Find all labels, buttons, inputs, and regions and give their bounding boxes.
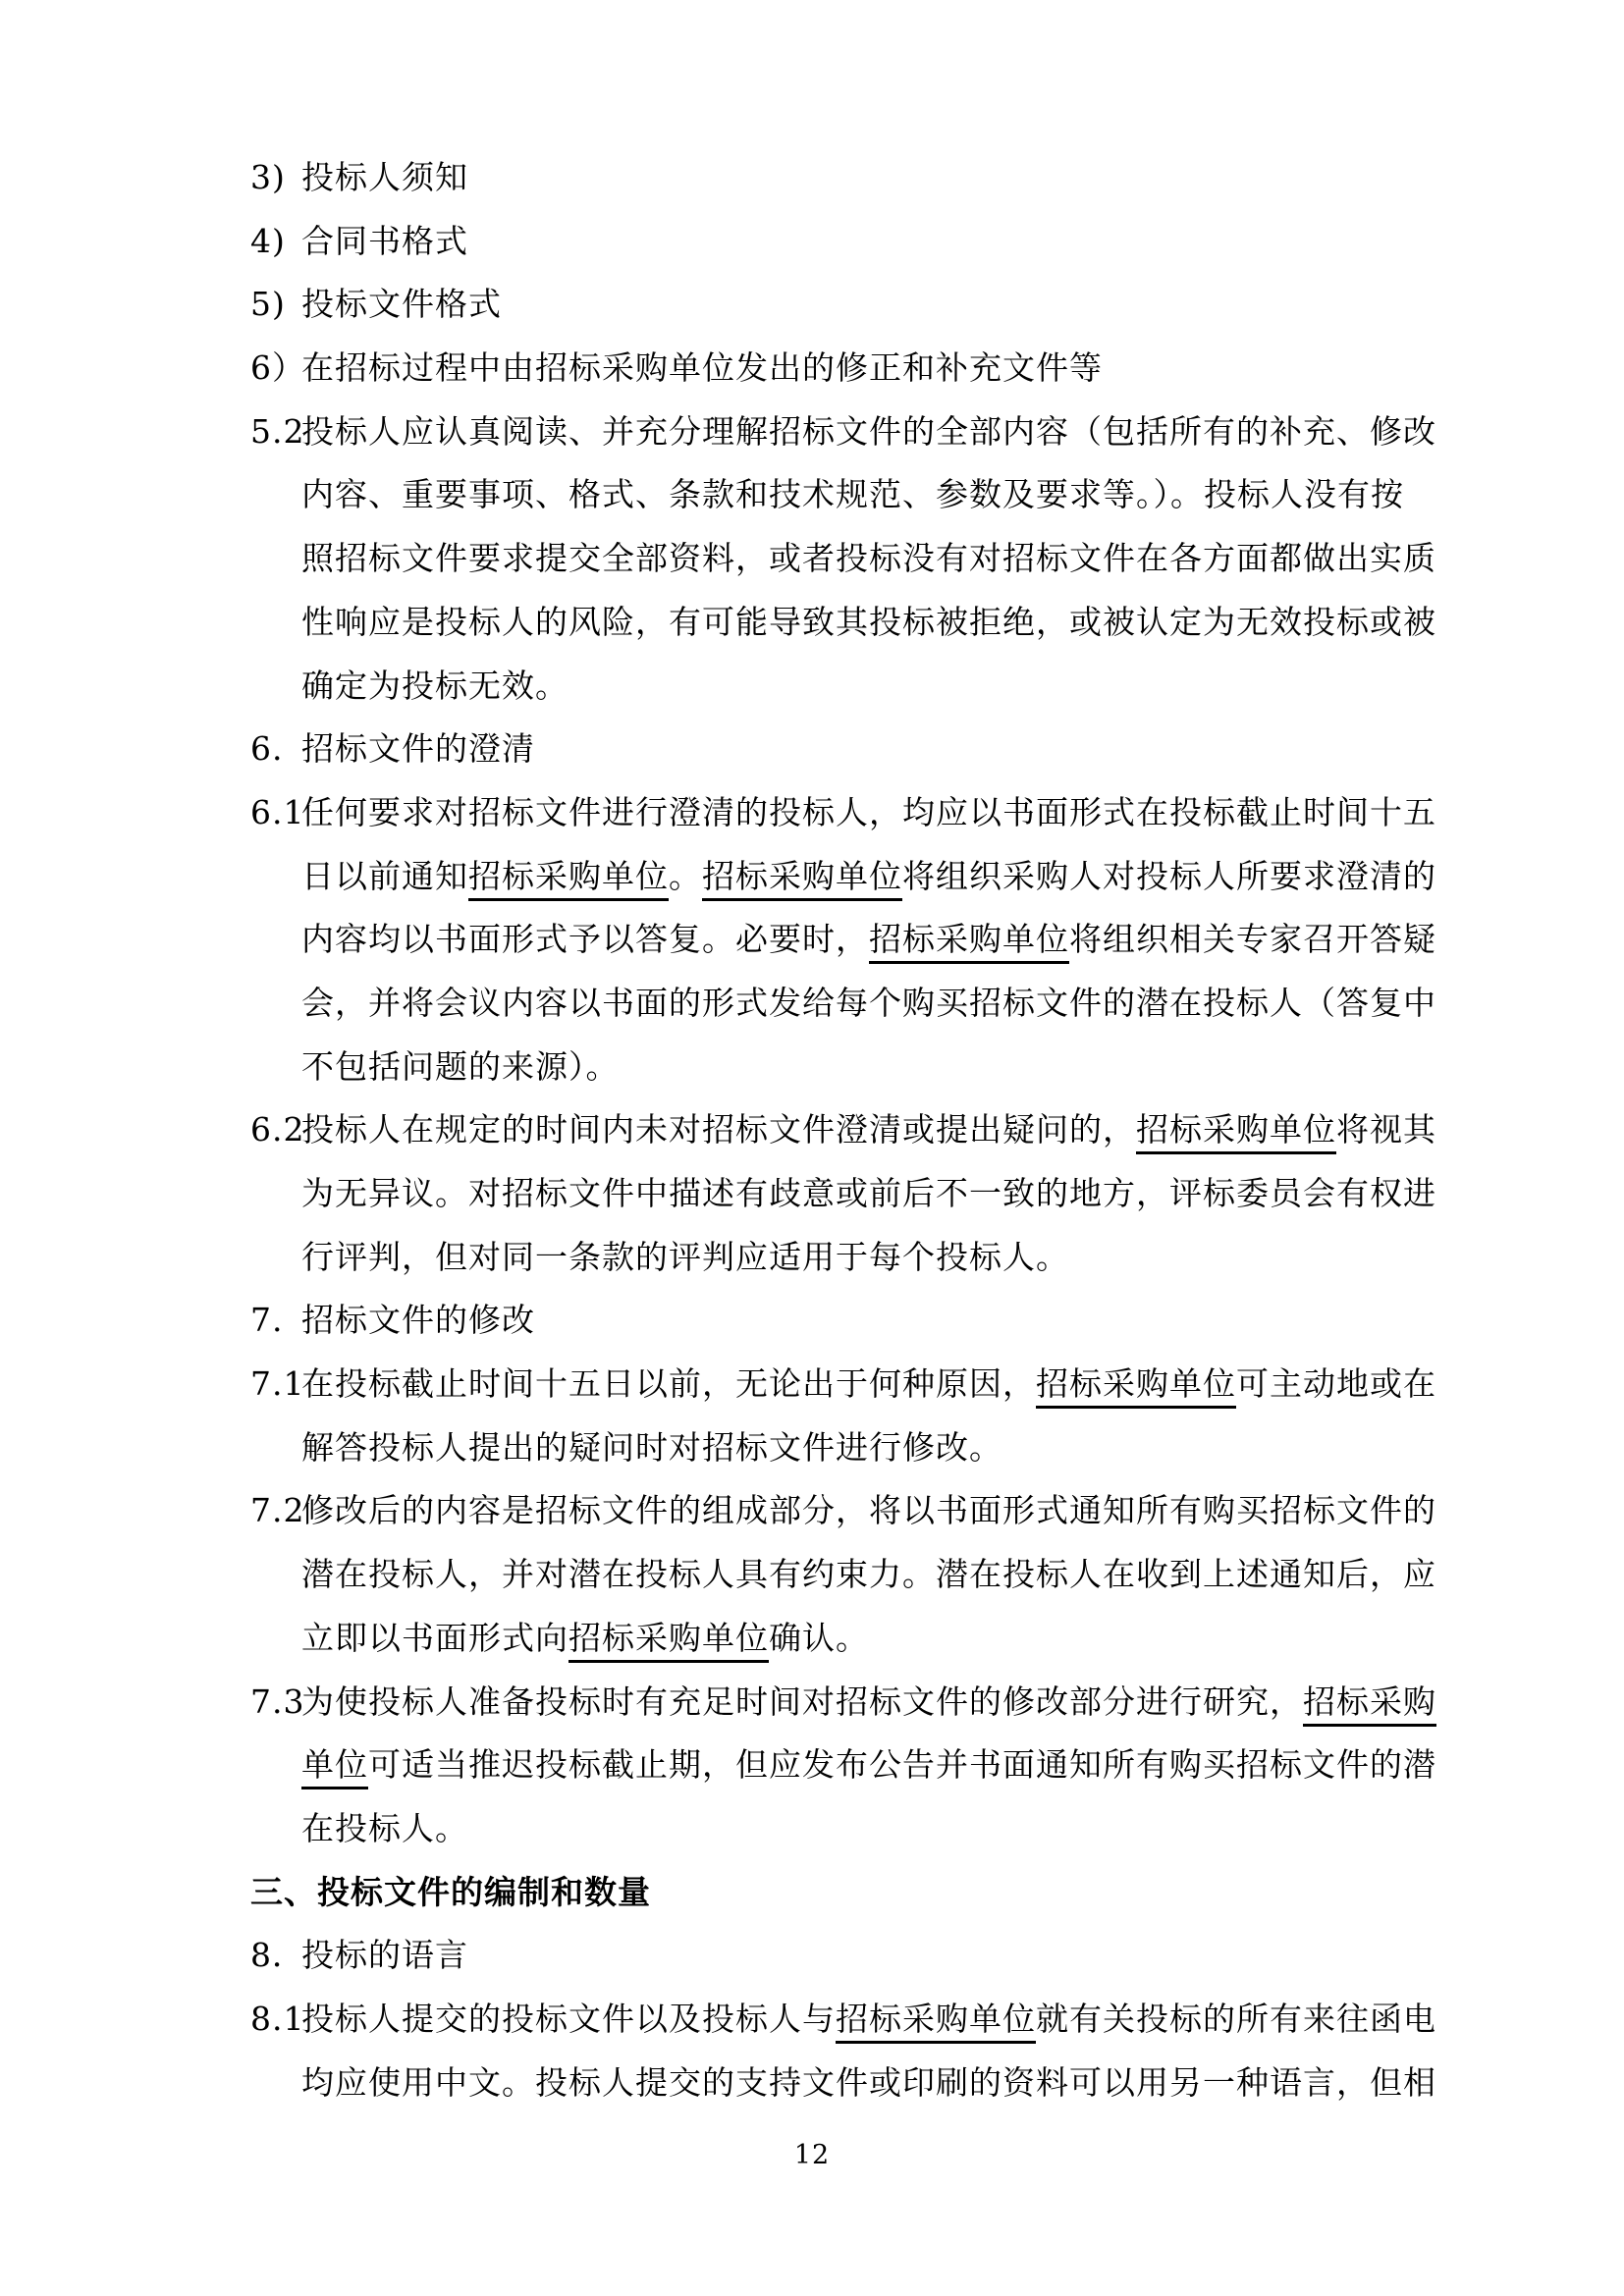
underlined-term: 单位 (301, 1745, 368, 1789)
list-label: 7.1 (250, 1353, 301, 1416)
list-label: 4) (250, 210, 301, 274)
text-run: 合同书格式 (301, 222, 468, 260)
text-run: 投标人应认真阅读、并充分理解招标文件的全部内容（包括所有的补充、修改 (301, 412, 1436, 451)
text-run: 性响应是投标人的风险，有可能导致其投标被拒绝，或被认定为无效投标或被 (301, 603, 1436, 641)
text-line: 照招标文件要求提交全部资料，或者投标没有对招标文件在各方面都做出实质 (250, 527, 1458, 591)
text-line: 均应使用中文。投标人提交的支持文件或印刷的资料可以用另一种语言，但相 (250, 2052, 1458, 2115)
text-run: 任何要求对招标文件进行澄清的投标人，均应以书面形式在投标截止时间十五 (301, 793, 1436, 831)
list-label: 7.2 (250, 1479, 301, 1543)
list-label: 6） (250, 337, 301, 400)
text-run: 投标人须知 (301, 158, 468, 196)
text-run: 将组织相关专家召开答疑 (1069, 920, 1436, 958)
underlined-term: 招标采购 (1303, 1682, 1436, 1727)
text-run: 可主动地或在 (1236, 1364, 1436, 1403)
text-line: 8．投标的语言 (250, 1924, 1458, 1988)
text-line: 8.1投标人提交的投标文件以及投标人与招标采购单位就有关投标的所有来往函电 (250, 1988, 1458, 2052)
list-label: 7. (250, 1289, 301, 1353)
page-number: 12 (0, 2140, 1624, 2170)
list-label: 6.1 (250, 781, 301, 845)
text-run: 确定为投标无效。 (301, 667, 568, 705)
text-line: 6.2投标人在规定的时间内未对招标文件澄清或提出疑问的，招标采购单位将视其 (250, 1098, 1458, 1162)
text-run: 投标人在规定的时间内未对招标文件澄清或提出疑问的， (301, 1110, 1136, 1148)
text-run: 修改后的内容是招标文件的组成部分，将以书面形式通知所有购买招标文件的 (301, 1491, 1436, 1529)
text-line: 7.2修改后的内容是招标文件的组成部分，将以书面形式通知所有购买招标文件的 (250, 1479, 1458, 1543)
text-line: 单位可适当推迟投标截止期，但应发布公告并书面通知所有购买招标文件的潜 (250, 1734, 1458, 1797)
text-run: 会，并将会议内容以书面的形式发给每个购买招标文件的潜在投标人（答复中 (301, 984, 1436, 1022)
text-run: 在投标截止时间十五日以前，无论出于何种原因， (301, 1364, 1036, 1403)
text-run: 行评判，但对同一条款的评判应适用于每个投标人。 (301, 1238, 1069, 1276)
text-line: 立即以书面形式向招标采购单位确认。 (250, 1607, 1458, 1671)
text-line: 解答投标人提出的疑问时对招标文件进行修改。 (250, 1416, 1458, 1480)
text-line: 7.1在投标截止时间十五日以前，无论出于何种原因，招标采购单位可主动地或在 (250, 1353, 1458, 1416)
list-label: 5) (250, 273, 301, 337)
text-run: 内容均以书面形式予以答复。必要时， (301, 920, 869, 958)
list-label: 7.3 (250, 1671, 301, 1735)
text-line: 7.招标文件的修改 (250, 1289, 1458, 1353)
text-run: 确认。 (769, 1619, 869, 1657)
text-line: 性响应是投标人的风险，有可能导致其投标被拒绝，或被认定为无效投标或被 (250, 591, 1458, 655)
text-run: 。 (669, 857, 702, 895)
list-label: 8． (250, 1924, 301, 1988)
text-line: 日以前通知招标采购单位。招标采购单位将组织采购人对投标人所要求澄清的 (250, 845, 1458, 909)
list-label: 6.2 (250, 1098, 301, 1162)
list-label: 8.1 (250, 1988, 301, 2052)
text-run: 三、投标文件的编制和数量 (250, 1873, 651, 1911)
text-line: 确定为投标无效。 (250, 655, 1458, 719)
text-line: 7.3为使投标人准备投标时有充足时间对招标文件的修改部分进行研究，招标采购 (250, 1671, 1458, 1735)
text-line: 6.招标文件的澄清 (250, 718, 1458, 781)
text-run: 投标文件格式 (301, 285, 502, 323)
text-line: 潜在投标人，并对潜在投标人具有约束力。潜在投标人在收到上述通知后，应 (250, 1543, 1458, 1607)
text-run: 将组织采购人对投标人所要求澄清的 (902, 857, 1436, 895)
text-run: 照招标文件要求提交全部资料，或者投标没有对招标文件在各方面都做出实质 (301, 539, 1436, 577)
text-run: 解答投标人提出的疑问时对招标文件进行修改。 (301, 1428, 1002, 1467)
text-line: 3)投标人须知 (250, 146, 1458, 210)
text-line: 内容、重要事项、格式、条款和技术规范、参数及要求等。）。投标人没有按 (250, 463, 1458, 527)
text-run: 为使投标人准备投标时有充足时间对招标文件的修改部分进行研究， (301, 1682, 1303, 1721)
list-label: 3) (250, 146, 301, 210)
underlined-term: 招标采购单位 (468, 857, 669, 901)
underlined-term: 招标采购单位 (1136, 1110, 1336, 1154)
document-page: 3)投标人须知4)合同书格式5)投标文件格式6）在招标过程中由招标采购单位发出的… (0, 0, 1624, 2296)
text-run: 不包括问题的来源）。 (301, 1047, 620, 1086)
text-line: 不包括问题的来源）。 (250, 1036, 1458, 1099)
text-run: 就有关投标的所有来往函电 (1036, 2000, 1436, 2038)
text-run: 投标人提交的投标文件以及投标人与 (301, 2000, 836, 2038)
text-run: 立即以书面形式向 (301, 1619, 568, 1657)
list-label: 5.2 (250, 400, 301, 464)
text-run: 内容、重要事项、格式、条款和技术规范、参数及要求等。）。投标人没有按 (301, 475, 1404, 513)
text-line: 5)投标文件格式 (250, 273, 1458, 337)
text-line: 会，并将会议内容以书面的形式发给每个购买招标文件的潜在投标人（答复中 (250, 972, 1458, 1036)
underlined-term: 招标采购单位 (869, 920, 1069, 964)
text-run: 日以前通知 (301, 857, 468, 895)
text-line: 行评判，但对同一条款的评判应适用于每个投标人。 (250, 1226, 1458, 1290)
underlined-term: 招标采购单位 (836, 2000, 1036, 2044)
text-run: 招标文件的澄清 (301, 729, 535, 768)
underlined-term: 招标采购单位 (568, 1619, 769, 1663)
text-line: 5.2投标人应认真阅读、并充分理解招标文件的全部内容（包括所有的补充、修改 (250, 400, 1458, 464)
text-line: 6）在招标过程中由招标采购单位发出的修正和补充文件等 (250, 337, 1458, 400)
text-run: 投标的语言 (301, 1936, 468, 1974)
text-line: 为无异议。对招标文件中描述有歧意或前后不一致的地方，评标委员会有权进 (250, 1162, 1458, 1226)
list-label: 6. (250, 718, 301, 781)
underlined-term: 招标采购单位 (702, 857, 902, 901)
text-run: 将视其 (1336, 1110, 1436, 1148)
text-run: 在招标过程中由招标采购单位发出的修正和补充文件等 (301, 348, 1103, 387)
text-run: 潜在投标人，并对潜在投标人具有约束力。潜在投标人在收到上述通知后，应 (301, 1555, 1436, 1593)
text-run: 为无异议。对招标文件中描述有歧意或前后不一致的地方，评标委员会有权进 (301, 1174, 1436, 1212)
text-run: 均应使用中文。投标人提交的支持文件或印刷的资料可以用另一种语言，但相 (301, 2063, 1436, 2102)
text-line: 内容均以书面形式予以答复。必要时，招标采购单位将组织相关专家召开答疑 (250, 908, 1458, 972)
text-run: 招标文件的修改 (301, 1301, 535, 1339)
text-line: 在投标人。 (250, 1797, 1458, 1861)
text-line: 6.1任何要求对招标文件进行澄清的投标人，均应以书面形式在投标截止时间十五 (250, 781, 1458, 845)
text-line: 4)合同书格式 (250, 210, 1458, 274)
section-heading: 三、投标文件的编制和数量 (250, 1861, 1458, 1925)
document-body: 3)投标人须知4)合同书格式5)投标文件格式6）在招标过程中由招标采购单位发出的… (250, 146, 1458, 2114)
underlined-term: 招标采购单位 (1036, 1364, 1236, 1409)
text-run: 可适当推迟投标截止期，但应发布公告并书面通知所有购买招标文件的潜 (368, 1745, 1436, 1784)
text-run: 在投标人。 (301, 1809, 468, 1847)
